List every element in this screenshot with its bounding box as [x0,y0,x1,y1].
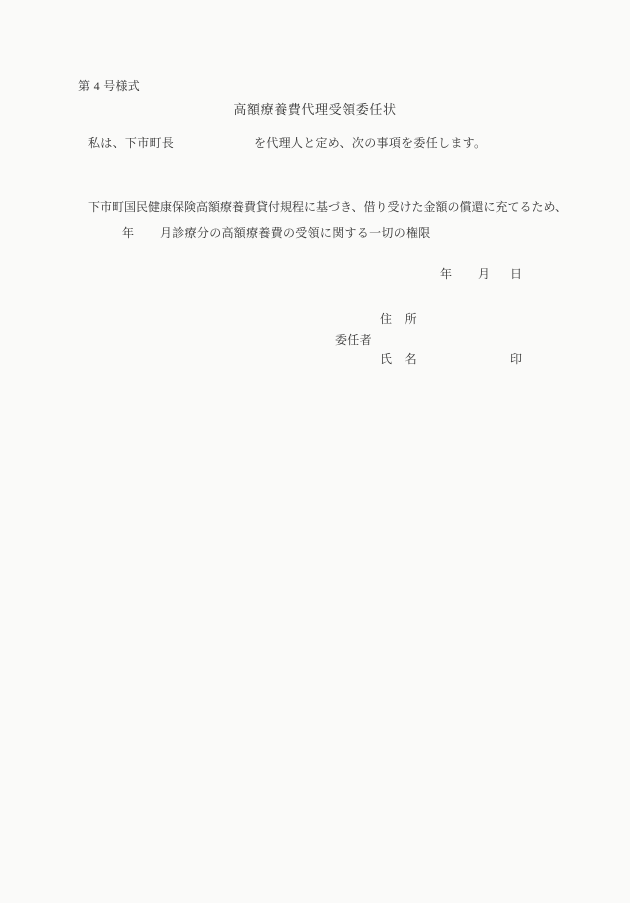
body-year-label: 年 [122,226,134,240]
body-text-line1: 下市町国民健康保険高額療養費貸付規程に基づき、借り受けた金額の償還に充てるため、 [88,200,567,214]
document-title: 高額療養費代理受領委任状 [0,103,630,117]
date-year-label: 年 [440,267,452,281]
date-day-label: 日 [510,267,522,281]
form-number: 第 4 号様式 [78,79,140,93]
address-label: 住 所 [380,312,417,326]
seal-label: 印 [510,352,522,366]
name-label: 氏 名 [380,352,417,366]
date-month-label: 月 [478,267,490,281]
declaration-suffix: を代理人と定め、次の事項を委任します。 [254,136,486,150]
document-page: 第 4 号様式 高額療養費代理受領委任状 私は、下市町長 を代理人と定め、次の事… [0,0,630,903]
body-text-line2: 月診療分の高額療養費の受領に関する一切の権限 [160,226,431,240]
declaration-prefix: 私は、下市町長 [88,136,174,150]
delegator-label: 委任者 [335,333,372,347]
